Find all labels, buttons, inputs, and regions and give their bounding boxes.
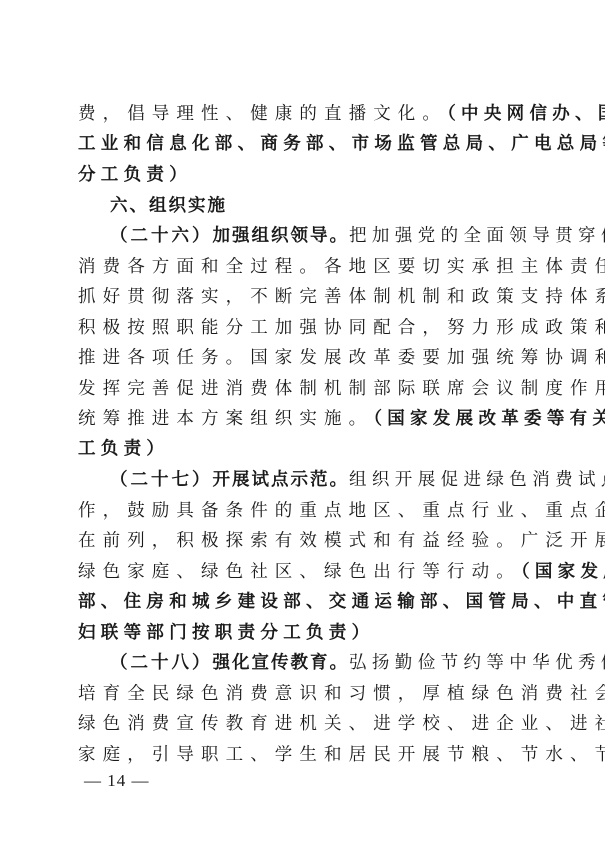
item-title: 加强组织领导。 (213, 226, 350, 246)
responsibility-note-line: 工负责） (78, 438, 528, 460)
text-line: 绿色消费宣传教育进机关、进学校、进企业、进社区、进农村、进 (78, 713, 528, 735)
text-line: 消费各方面和全过程。各地区要切实承担主体责任，结合实际抓紧 (78, 256, 528, 278)
responsibility-note: （中央网信办、国家发展改革委、 (447, 104, 605, 124)
document-page: 费，倡导理性、健康的直播文化。（中央网信办、国家发展改革委、 工业和信息化部、商… (0, 0, 605, 848)
responsibility-note-line: 工业和信息化部、商务部、市场监管总局、广电总局等部门按职责 (78, 133, 528, 155)
text-plain: 费，倡导理性、健康的直播文化。 (78, 104, 447, 124)
text-line: 发挥完善促进消费体制机制部际联席会议制度作用，会同相关部门 (78, 378, 528, 400)
text-line: 作，鼓励具备条件的重点地区、重点行业、重点企业先行先试、走 (78, 500, 528, 522)
item-title: 开展试点示范。 (213, 470, 350, 490)
item-28-first-line: （二十八）强化宣传教育。弘扬勤俭节约等中华优秀传统文化， (110, 652, 560, 674)
page-number: — 14 — (84, 770, 150, 792)
text-line: 家庭，引导职工、学生和居民开展节粮、节水、节电、绿色出行、 (78, 744, 528, 766)
responsibility-note-line: 妇联等部门按职责分工负责） (78, 622, 528, 644)
responsibility-note: （国家发展改革委等有关部门按职责分 (373, 409, 605, 429)
text-plain: 组织开展促进绿色消费试点示范工 (349, 470, 605, 490)
text-plain: 统筹推进本方案组织实施。 (78, 409, 373, 429)
text-line: 费，倡导理性、健康的直播文化。（中央网信办、国家发展改革委、 (78, 103, 528, 125)
text-line: 在前列，积极探索有效模式和有益经验。广泛开展创建节约型机关、 (78, 530, 528, 552)
responsibility-note-line: 分工负责） (78, 164, 528, 186)
responsibility-note-line: 部、住房和城乡建设部、交通运输部、国管局、中直管理局、全国 (78, 591, 528, 613)
item-26-first-line: （二十六）加强组织领导。把加强党的全面领导贯穿促进绿色 (110, 225, 560, 247)
text-plain: 弘扬勤俭节约等中华优秀传统文化， (349, 653, 605, 673)
section-heading: 六、组织实施 (110, 195, 560, 217)
item-number: （二十六） (110, 226, 213, 246)
responsibility-note: （国家发展改革委、民政 (521, 562, 605, 582)
text-plain: 把加强党的全面领导贯穿促进绿色 (349, 226, 605, 246)
text-line: 积极按照职能分工加强协同配合，努力形成政策和工作合力，扎实 (78, 317, 528, 339)
text-plain: 绿色家庭、绿色社区、绿色出行等行动。 (78, 562, 521, 582)
text-line: 绿色家庭、绿色社区、绿色出行等行动。（国家发展改革委、民政 (78, 561, 528, 583)
text-line: 推进各项任务。国家发展改革委要加强统筹协调和督促指导，充分 (78, 347, 528, 369)
item-number: （二十八） (110, 653, 213, 673)
text-line: 培育全民绿色消费意识和习惯，厚植绿色消费社会文化基础。推进 (78, 683, 528, 705)
text-line: 抓好贯彻落实，不断完善体制机制和政策支持体系。各有关部门要 (78, 286, 528, 308)
item-number: （二十七） (110, 470, 213, 490)
item-27-first-line: （二十七）开展试点示范。组织开展促进绿色消费试点示范工 (110, 469, 560, 491)
item-title: 强化宣传教育。 (213, 653, 350, 673)
text-line: 统筹推进本方案组织实施。（国家发展改革委等有关部门按职责分 (78, 408, 528, 430)
